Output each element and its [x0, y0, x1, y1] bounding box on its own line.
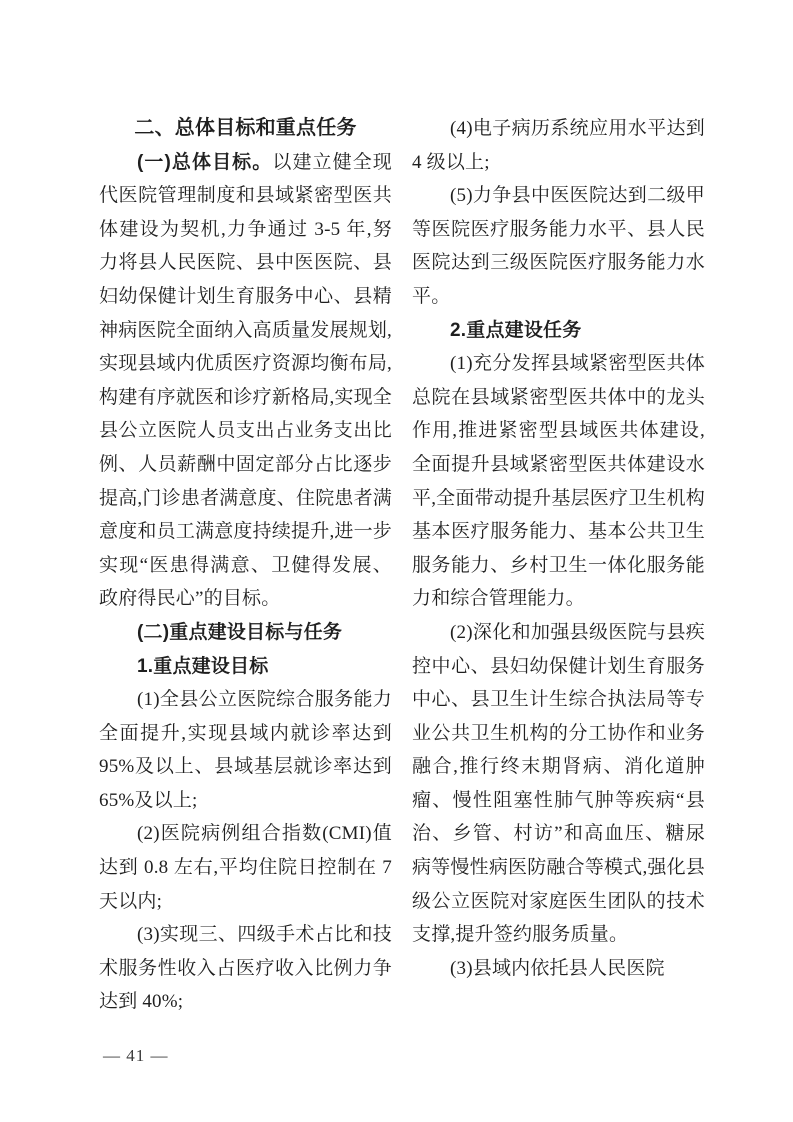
paragraph-goal-5: (5)力争县中医医院达到二级甲等医院医疗服务能力水平、县人民医院达到三级医院医疗…: [412, 179, 705, 313]
paragraph-goal-2: (2)医院病例组合指数(CMI)值达到 0.8 左右,平均住院日控制在 7 天以…: [99, 817, 392, 918]
paragraph-task-1: (1)充分发挥县域紧密型医共体总院在县域紧密型医共体中的龙头作用,推进紧密型县域…: [412, 347, 705, 616]
paragraph-goal-1: (1)全县公立医院综合服务能力全面提升,实现县域内就诊率达到 95%及以上、县域…: [99, 683, 392, 817]
heading-text: 2.重点建设任务: [450, 320, 581, 341]
paragraph-text: (3)县域内依托县人民医院: [450, 958, 665, 979]
subsection-heading-key-goals-tasks: (二)重点建设目标与任务: [99, 616, 392, 650]
paragraph-text: (2)深化和加强县级医院与县疾控中心、县妇幼保健计划生育服务中心、县卫生计生综合…: [412, 622, 705, 945]
heading-key-construction-goals: 1.重点建设目标: [99, 650, 392, 684]
paragraph-text: (4)电子病历系统应用水平达到 4 级以上;: [412, 118, 705, 173]
paragraph-goal-4: (4)电子病历系统应用水平达到 4 级以上;: [412, 112, 705, 179]
heading-text: (二)重点建设目标与任务: [137, 622, 342, 643]
page-content: 二、总体目标和重点任务 (一)总体目标。以建立健全现代医院管理制度和县域紧密型医…: [99, 112, 705, 1024]
page-number: — 41 —: [103, 1046, 169, 1066]
document-page: 二、总体目标和重点任务 (一)总体目标。以建立健全现代医院管理制度和县域紧密型医…: [0, 0, 793, 1122]
section-title: 二、总体目标和重点任务: [99, 112, 392, 146]
paragraph-text: (2)医院病例组合指数(CMI)值达到 0.8 左右,平均住院日控制在 7 天以…: [99, 823, 392, 911]
paragraph-text: (3)实现三、四级手术占比和技术服务性收入占医疗收入比例力争达到 40%;: [99, 924, 392, 1012]
paragraph-text: 以建立健全现代医院管理制度和县域紧密型医共体建设为契机,力争通过 3-5 年,努…: [99, 152, 392, 610]
paragraph-lead: (一)总体目标。: [137, 152, 272, 173]
heading-key-construction-tasks: 2.重点建设任务: [412, 314, 705, 348]
heading-text: 1.重点建设目标: [137, 656, 268, 677]
paragraph-task-2: (2)深化和加强县级医院与县疾控中心、县妇幼保健计划生育服务中心、县卫生计生综合…: [412, 616, 705, 952]
paragraph-text: (5)力争县中医医院达到二级甲等医院医疗服务能力水平、县人民医院达到三级医院医疗…: [412, 185, 705, 307]
paragraph-text: (1)充分发挥县域紧密型医共体总院在县域紧密型医共体中的龙头作用,推进紧密型县域…: [412, 353, 705, 609]
paragraph-goal-3: (3)实现三、四级手术占比和技术服务性收入占医疗收入比例力争达到 40%;: [99, 918, 392, 1019]
section-title-text: 二、总体目标和重点任务: [134, 117, 356, 139]
paragraph-text: (1)全县公立医院综合服务能力全面提升,实现县域内就诊率达到 95%及以上、县域…: [99, 689, 392, 811]
paragraph-general-goal: (一)总体目标。以建立健全现代医院管理制度和县域紧密型医共体建设为契机,力争通过…: [99, 146, 392, 616]
paragraph-task-3: (3)县域内依托县人民医院: [412, 952, 705, 986]
